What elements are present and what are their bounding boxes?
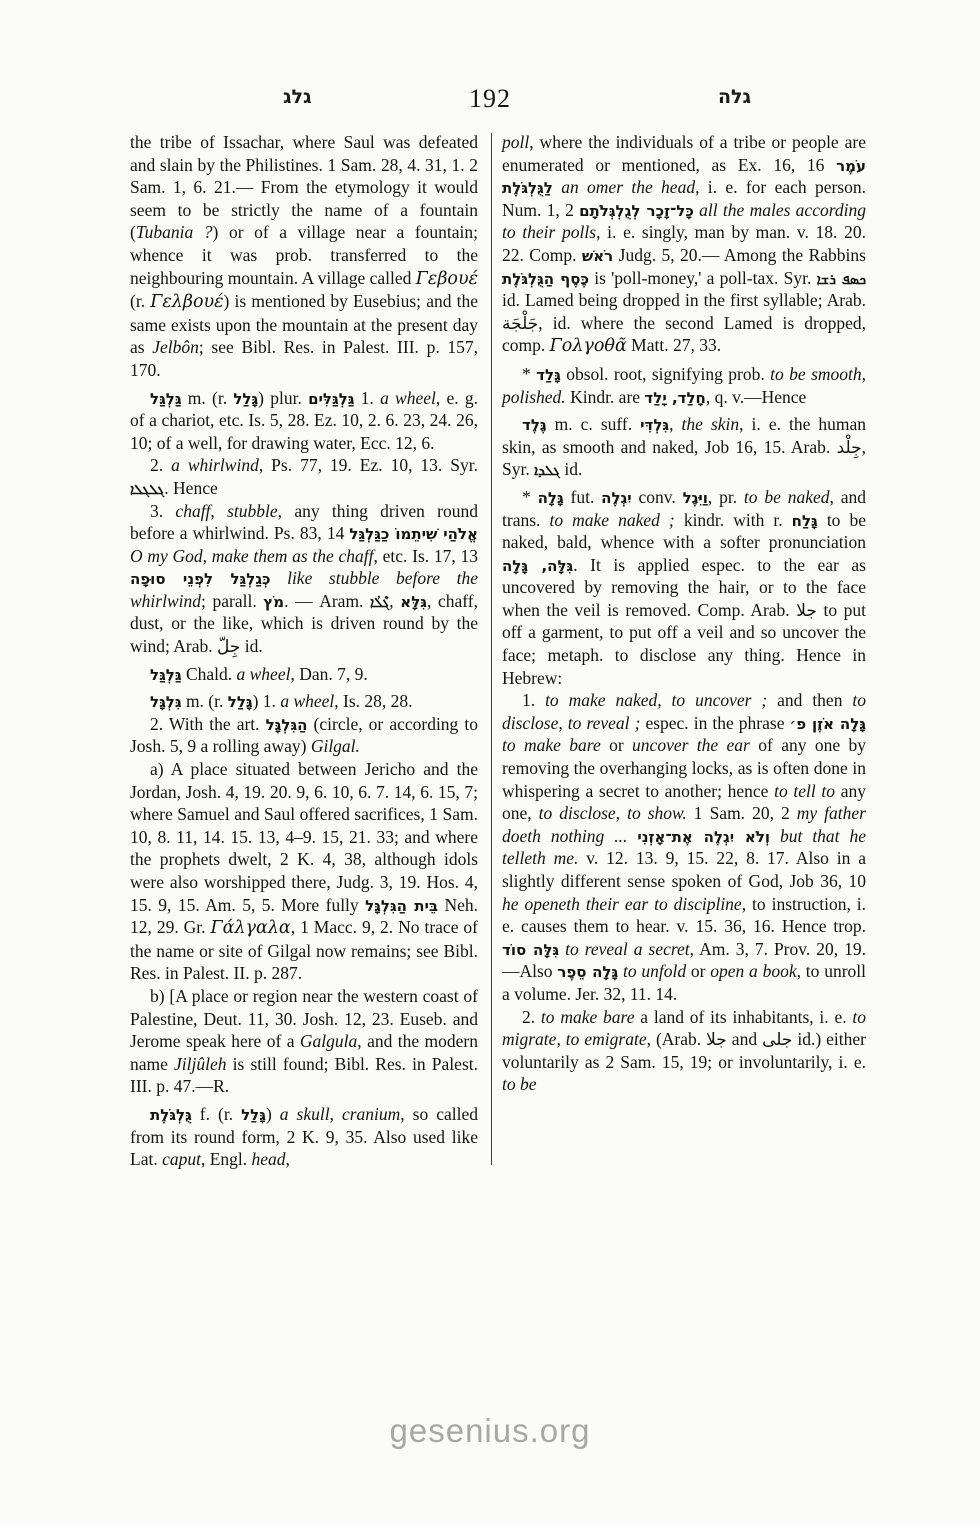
paragraph: b) [A place or region near the western c… [130,985,478,1098]
text-run: , Is. 28, 28. [334,691,412,711]
syriac-text-run: ܓܠܕܐ [534,463,560,479]
text-run: 2. [150,455,171,475]
italic-text-run: a wheel [280,691,334,711]
hebrew-text-run: גָּלַד [536,366,561,384]
text-run: and then [767,690,852,710]
text-run: and [727,1029,762,1049]
italic-text-run: a whirlwind [171,455,259,475]
hebrew-text-run: אֱלֹהַי שִׁיתֵמוֹ כַגַּלְגַּל [349,525,478,543]
paragraph: 1. to make naked, to uncover ; and then … [502,689,866,1005]
text-run: or [686,961,710,981]
hebrew-text-run: יִגְלֶה [601,489,632,507]
italic-text-run: to unfold [618,961,686,981]
text-run: f. (r. [192,1104,241,1124]
italic-text-run: a skull [280,1104,330,1124]
text-run: obsol. root, signifying prob. [561,364,770,384]
paragraph: 2. to make bare a land of its inhabitant… [502,1006,866,1096]
syriac-text-run: ܓܶܠܳܐ [370,595,389,611]
text-run: . Hence [164,478,217,498]
syriac-text-run: ܟܣܦ ܪܫܐ [817,272,866,288]
text-run: , Engl. [201,1149,252,1169]
italic-text-run: caput [162,1149,201,1169]
paragraph: 2. With the art. הַגִּלְגָּל (circle, or… [130,713,478,758]
hebrew-text-run: כְּגַלְגַּל לִפְנֵי סוּפָה [130,570,271,588]
text-run: , [389,591,400,611]
hebrew-text-run: גַּלְגַּלִּים [308,390,354,408]
text-run: , where the individuals of a tribe or pe… [502,132,866,175]
text-columns: the tribe of Issachar, where Saul was de… [130,131,866,1171]
text-run: , [669,414,681,434]
text-run: , etc. Is. 17, 13 [374,546,478,566]
hebrew-text-run: גָּלַל [228,693,253,711]
hebrew-text-run: גִּלָּה, גָּלָה [502,557,573,575]
hebrew-text-run: בֵּית הַגִּלְגָּל [365,897,438,915]
hebrew-text-run: גִּלְדִּי [640,416,669,434]
text-run: or [601,735,632,755]
hebrew-text-run: גָּלַל [241,1106,266,1124]
hebrew-text-run: גִּלָּא [400,593,427,611]
syriac-text-run: ܓܠܓܠܐ [130,482,164,498]
text-run: id. Lamed being dropped in the first syl… [502,290,866,310]
text-run: Chald. [182,664,237,684]
right-column: poll, where the individuals of a tribe o… [502,131,866,1171]
arabic-text-run: جلا [796,601,817,621]
italic-text-run: to disclose, to show. [539,803,687,823]
text-run: a land of its inhabitants, i. e. [634,1007,852,1027]
text-run: , [210,501,227,521]
hebrew-text-run: וַיִּגֶל [683,489,708,507]
hebrew-text-run: כֶּסֶף הַגֻּלְגֹּלֶת [502,270,589,288]
italic-text-run: to be [502,1074,537,1094]
text-run: * [522,364,536,384]
italic-text-run: to make bare [502,735,601,755]
text-run: ) plur. [258,388,308,408]
italic-text-run: stubble [227,501,278,521]
text-run: m. (r. [182,691,228,711]
text-run: fut. [564,487,601,507]
text-run: 2. With the art. [150,714,266,734]
text-run: 3. [150,501,175,521]
hebrew-text-run: כָּל־זָכָר לְגֻלְגְּלֹתָם [579,202,694,220]
italic-text-run: poll [502,132,529,152]
hebrew-text-run: וְלֹא יִגְלֶה אֶת־אָזְנִי [637,828,770,846]
greek-text-run: Γάλγαλα [211,918,291,938]
arabic-text-run: جَلْجَة [502,314,538,334]
italic-text-run: to reveal a secret [559,939,690,959]
italic-text-run: to make naked ; [549,510,674,530]
hebrew-text-run: גָּלָה סֵפֶר [557,963,618,981]
text-run: is 'poll-money,' a poll-tax. Syr. [589,268,817,288]
text-run: , Dan. 7, 9. [290,664,367,684]
entry-paragraph: גִּלְגָּל m. (r. גָּלַל) 1. a wheel, Is.… [130,690,478,713]
hebrew-text-run: גַּלְגַּל [150,666,182,684]
page-number: 192 [0,84,980,114]
text-run: 1. [522,690,545,710]
paragraph: 2. a whirlwind, Ps. 77, 19. Ez. 10, 13. … [130,454,478,499]
arabic-text-run: جِلّ [217,637,240,657]
italic-text-run: Jelbôn [152,337,199,357]
hebrew-text-run: מֹץ [263,593,284,611]
text-run: , Ps. 77, 19. Ez. 10, 13. Syr. [259,455,478,475]
entry-paragraph: גַּלְגַּל Chald. a wheel, Dan. 7, 9. [130,663,478,686]
text-run: conv. [632,487,683,507]
text-run: 1 Sam. 20, 2 [687,803,797,823]
italic-text-run: chaff [175,501,210,521]
italic-text-run: to tell to [774,781,835,801]
italic-text-run: O my God, make them as the chaff [130,546,374,566]
text-run: kindr. with r. [675,510,792,530]
italic-text-run: Galgula [300,1031,357,1051]
hebrew-text-run: גִּלְגָּל [150,693,182,711]
greek-text-run: Γεβουέ [416,269,478,289]
hebrew-text-run: גִּלָּה סוֹד [502,941,559,959]
hebrew-text-run: חָלַד, יָלַד [644,389,705,407]
text-run: a) A place situated between Jericho and … [130,759,478,915]
text-run: ; parall. [201,591,263,611]
hebrew-text-run: רֹאשׁ [582,247,613,265]
hebrew-text-run: גֶּלֶד [522,416,547,434]
hebrew-text-run: גָּלָה אֹזֶן פ׳ [790,715,866,733]
page-header: גלג 192 גלה [0,84,980,120]
entry-paragraph: * גָּלַד obsol. root, signifying prob. t… [502,363,866,408]
text-run: (r. [130,291,150,311]
header-keyword-right: גלה [718,86,751,108]
text-run: Kindr. are [566,387,645,407]
hebrew-text-run: גֻּלְגֹּלֶת [150,1106,192,1124]
left-column: the tribe of Issachar, where Saul was de… [130,131,478,1171]
paragraph: the tribe of Issachar, where Saul was de… [130,131,478,382]
text-run: id. [560,459,582,479]
hebrew-text-run: הַגִּלְגָּל [266,716,308,734]
column-divider [491,133,492,1165]
italic-text-run: he openeth their ear to discipline [502,894,742,914]
hebrew-text-run: גָּלַח [792,512,818,530]
entry-paragraph: גַּלְגַּל m. (r. גָּלַל) plur. גַּלְגַּל… [130,387,478,455]
text-run: , q. v.—Hence [706,387,806,407]
text-run: espec. in the phrase [640,713,789,733]
text-run: id. [240,636,262,656]
italic-text-run: to make bare [541,1007,635,1027]
hebrew-text-run: גָּלַל [233,390,258,408]
paragraph: a) A place situated between Jericho and … [130,758,478,985]
italic-text-run: open a book [710,961,796,981]
text-run: , pr. [708,487,744,507]
italic-text-run: Gilgal. [311,736,360,756]
hebrew-text-run: גַּלְגַּל [150,390,182,408]
italic-text-run: Tubania ? [136,222,213,242]
text-run: ) 1. [253,691,281,711]
paragraph: 3. chaff, stubble, any thing driven roun… [130,500,478,658]
arabic-text-run: جلا [706,1030,727,1050]
text-run: 2. [522,1007,541,1027]
italic-text-run: an omer the head [553,177,695,197]
italic-text-run: uncover the ear [632,735,750,755]
text-run: * [522,487,538,507]
text-run: , [330,1104,342,1124]
entry-paragraph: גֶּלֶד m. c. suff. גִּלְדִּי, the skin, … [502,413,866,481]
hebrew-text-run: גָּלָה [538,489,564,507]
italic-text-run: Jiljûleh [174,1054,226,1074]
text-run: m. c. suff. [547,414,641,434]
text-run: , (Arab. [647,1029,707,1049]
italic-text-run: to be naked [744,487,830,507]
italic-text-run: cranium [342,1104,400,1124]
entry-paragraph: * גָּלָה fut. יִגְלֶה conv. וַיִּגֶל, pr… [502,486,866,689]
italic-text-run: head, [252,1149,290,1169]
italic-text-run: a wheel [237,664,291,684]
paragraph: poll, where the individuals of a tribe o… [502,131,866,358]
greek-text-run: Γελβουέ [150,292,223,312]
italic-text-run: a wheel [380,388,436,408]
text-run: 1. [354,388,380,408]
italic-text-run: to make naked, to uncover ; [545,690,767,710]
italic-text-run: the skin [682,414,740,434]
text-run: . — Aram. [284,591,370,611]
text-run: ) [266,1104,280,1124]
greek-text-run: Γολγοθᾶ [550,336,627,356]
arabic-text-run: جلى [762,1030,792,1050]
arabic-text-run: جِلْد [837,438,862,458]
text-run: Judg. 5, 20.— Among the Rabbins [613,245,866,265]
entry-paragraph: גֻּלְגֹּלֶת f. (r. גָּלַל) a skull, cran… [130,1103,478,1171]
text-run: Matt. 27, 33. [627,335,721,355]
watermark: gesenius.org [0,1412,980,1450]
text-run: m. (r. [182,388,234,408]
